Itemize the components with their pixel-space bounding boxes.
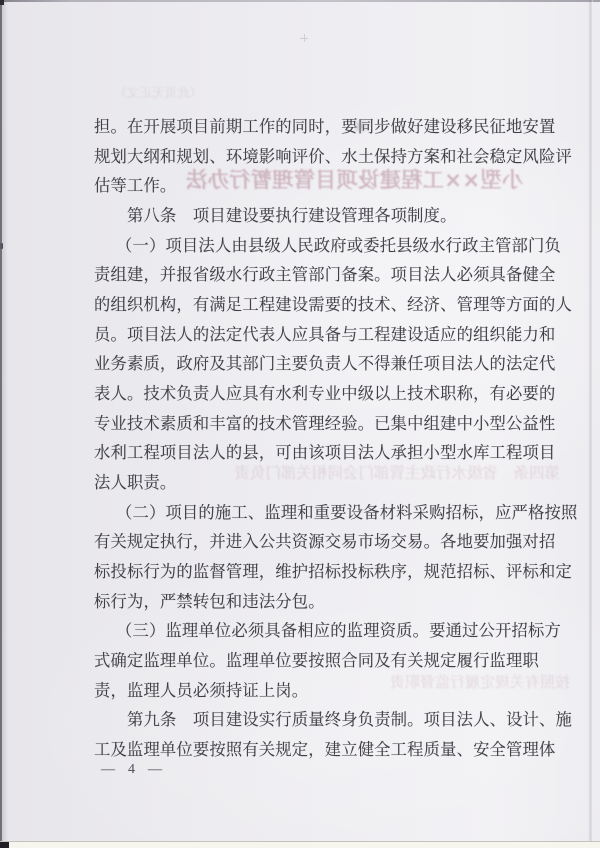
- document-body: 担。在开展项目前期工作的同时，要同步做好建设移民征地安置 规划大纲和规划、环境影…: [94, 112, 550, 765]
- article-9-heading-line: 第九条 项目建设实行质量终身负责制。项目法人、设计、施: [94, 705, 550, 735]
- article-8-heading-line: 第八条 项目建设要执行建设管理各项制度。: [94, 201, 550, 231]
- document-line: 规划大纲和规划、环境影响评价、水土保持方案和社会稳定风险评: [94, 142, 550, 172]
- document-line: 专业技术素质和丰富的技术管理经验。已集中组建中小型公益性: [94, 409, 550, 439]
- document-line: 工及监理单位要按照有关规定，建立健全工程质量、安全管理体: [94, 735, 550, 765]
- bleedthrough-note-text: （此页无正文）: [110, 83, 202, 101]
- document-line: 标行为，严禁转包和违法分包。: [94, 587, 550, 617]
- scan-corner-mark: [0, 842, 9, 848]
- document-line: 法人职责。: [94, 468, 550, 498]
- document-line: 表人。技术负责人应具有水利专业中级以上技术职称，有必要的: [94, 379, 550, 409]
- document-line: 水利工程项目法人的县，可由该项目法人承担小型水库工程项目: [94, 438, 550, 468]
- document-line: 标投标行为的监督管理，维护招标投标秩序，规范招标、评标和定: [94, 557, 550, 587]
- page-number: — 4 —: [101, 762, 164, 778]
- page-fold-shadow: [588, 0, 593, 842]
- document-line: 式确定监理单位。监理单位要按照合同及有关规定履行监理职: [94, 646, 550, 676]
- document-line: （二）项目的施工、监理和重要设备材料采购招标，应严格按照: [94, 498, 550, 528]
- scan-edge-top: [0, 0, 600, 2]
- document-line: 担。在开展项目前期工作的同时，要同步做好建设移民征地安置: [94, 112, 550, 142]
- scanned-page: （此页无正文） 小型××工程建设项目管理暂行办法 第四条 省级水行政主管部门会同…: [0, 0, 600, 848]
- document-line: 员。项目法人的法定代表人应具备与工程建设适应的组织能力和: [94, 320, 550, 350]
- scan-smudge: [352, 120, 369, 133]
- document-line: （三）监理单位必须具备相应的监理资质。要通过公开招标方: [94, 616, 550, 646]
- scan-corner-mark: [0, 0, 4, 5]
- document-line: 责组建，并报省级水行政主管部门备案。项目法人必须具备健全: [94, 260, 550, 290]
- document-line: 责，监理人员必须持证上岗。: [94, 676, 550, 706]
- document-line: 估等工作。: [94, 171, 550, 201]
- document-line: （一）项目法人由县级人民政府或委托县级水行政主管部门负: [94, 231, 550, 261]
- scan-edge-bottom: [0, 841, 600, 848]
- document-line: 有关规定执行，并进入公共资源交易市场交易。各地要加强对招: [94, 527, 550, 557]
- faint-cross-mark: [300, 34, 308, 42]
- document-line: 的组织机构，有满足工程建设需要的技术、经济、管理等方面的人: [94, 290, 550, 320]
- document-line: 业务素质，政府及其部门主要负责人不得兼任项目法人的法定代: [94, 349, 550, 379]
- scan-edge-left-shadow: [2, 0, 8, 842]
